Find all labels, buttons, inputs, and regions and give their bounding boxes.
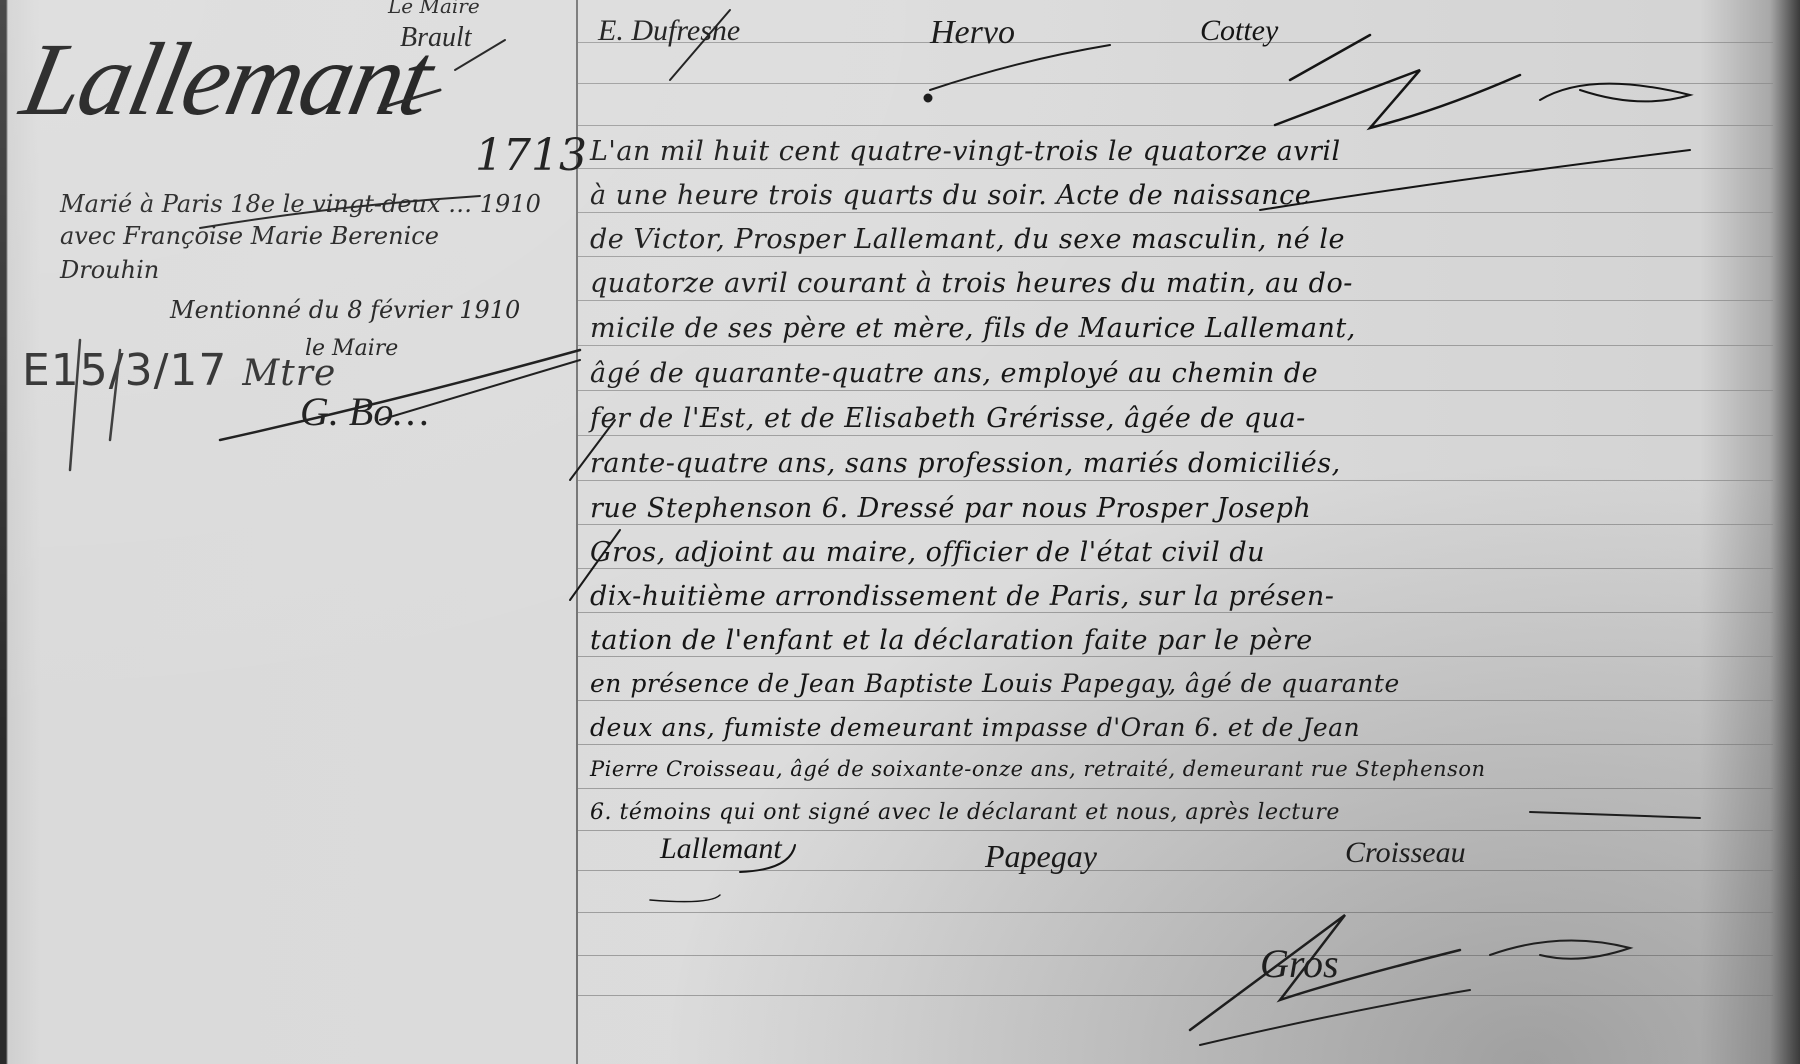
reference-code: E15/3/17 Mtre: [22, 345, 336, 396]
header-signature-3: Cottey: [1200, 14, 1278, 48]
body-line-2: à une heure trois quarts du soir. Acte d…: [590, 180, 1311, 211]
header-signature-2: Hervo: [930, 14, 1015, 52]
body-line-16: 6. témoins qui ont signé avec le déclara…: [590, 800, 1340, 825]
surname-heading: Lallemant: [12, 20, 441, 139]
body-line-13: en présence de Jean Baptiste Louis Papeg…: [590, 669, 1400, 698]
ruled-line: [578, 995, 1773, 996]
marriage-note-line-2: avec Françoise Marie Berenice: [60, 222, 439, 250]
ruled-line: [578, 912, 1773, 913]
footer-signature-witness-2: Croisseau: [1345, 836, 1466, 870]
body-line-6: âgé de quarante-quatre ans, employé au c…: [590, 358, 1318, 389]
ruled-line: [578, 744, 1773, 745]
ruled-line: [578, 612, 1773, 613]
ruled-line: [578, 568, 1773, 569]
footer-signature-witness-1: Papegay: [985, 838, 1097, 875]
body-line-5: micile de ses père et mère, fils de Maur…: [590, 313, 1356, 344]
reference-code-text: E15/3/17: [22, 345, 227, 396]
body-line-14: deux ans, fumiste demeurant impasse d'Or…: [590, 713, 1360, 742]
ruled-line: [578, 212, 1773, 213]
body-line-8: rante-quatre ans, sans profession, marié…: [590, 448, 1341, 479]
officer-signature: Gros: [1260, 940, 1339, 987]
ruled-line: [578, 870, 1773, 871]
ruled-line: [578, 83, 1773, 84]
body-line-9: rue Stephenson 6. Dressé par nous Prospe…: [590, 493, 1311, 524]
marriage-note-line-3: Drouhin: [60, 256, 159, 284]
ruled-line: [578, 830, 1773, 831]
body-line-15: Pierre Croisseau, âgé de soixante-onze a…: [590, 757, 1486, 781]
ruled-line: [578, 700, 1773, 701]
body-line-4: quatorze avril courant à trois heures du…: [590, 268, 1353, 299]
body-line-11: dix-huitième arrondissement de Paris, su…: [590, 581, 1334, 612]
ruled-line: [578, 125, 1773, 126]
ruled-line: [578, 524, 1773, 525]
body-line-10: Gros, adjoint au maire, officier de l'ét…: [590, 537, 1265, 568]
ruled-line: [578, 480, 1773, 481]
margin-top-annotation: Le Maire: [388, 0, 480, 18]
ruled-line: [578, 788, 1773, 789]
mention-signature: G. Bo…: [300, 388, 429, 435]
ruled-line: [578, 435, 1773, 436]
register-page: Le Maire Brault Lallemant 1713 Marié à P…: [0, 0, 1800, 1064]
footer-signature-declarant: Lallemant: [660, 832, 782, 866]
mention-date: Mentionné du 8 février 1910: [170, 296, 520, 324]
marriage-note-line-1: Marié à Paris 18e le vingt-deux … 1910: [60, 190, 541, 218]
ruled-line: [578, 390, 1773, 391]
register-number: 1713: [475, 130, 587, 181]
ruled-line: [578, 168, 1773, 169]
body-line-7: fer de l'Est, et de Elisabeth Grérisse, …: [590, 403, 1306, 434]
ruled-line: [578, 345, 1773, 346]
ruled-line: [578, 656, 1773, 657]
ruled-line: [578, 42, 1773, 43]
body-line-3: de Victor, Prosper Lallemant, du sexe ma…: [590, 224, 1345, 255]
ruled-line: [578, 256, 1773, 257]
ruled-line: [578, 955, 1773, 956]
body-line-1: L'an mil huit cent quatre-vingt-trois le…: [590, 136, 1341, 167]
header-signature-1: E. Dufresne: [598, 14, 740, 48]
ruled-line: [578, 300, 1773, 301]
body-line-12: tation de l'enfant et la déclaration fai…: [590, 625, 1313, 656]
